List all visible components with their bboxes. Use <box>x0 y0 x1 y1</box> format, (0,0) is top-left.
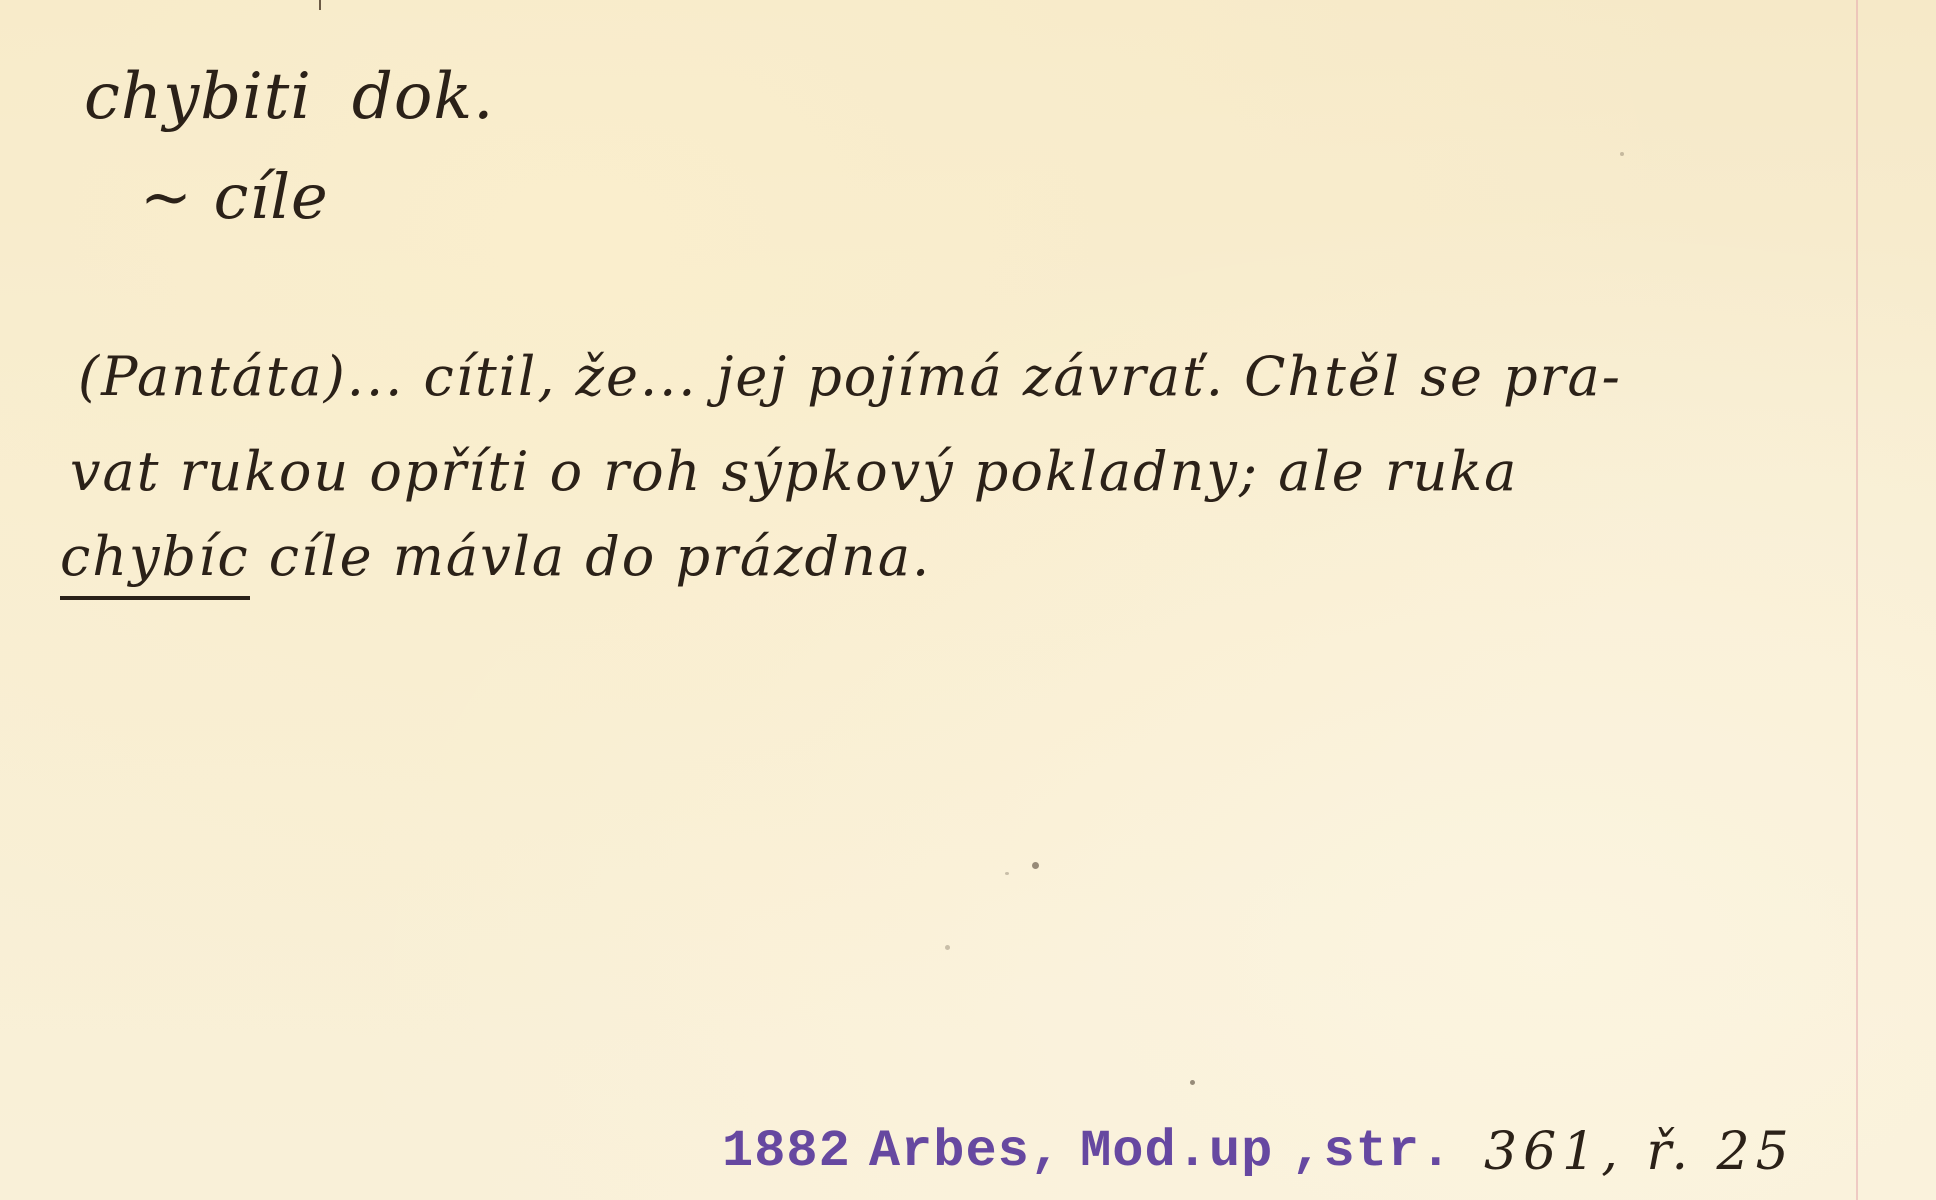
margin-rule-line <box>1856 0 1858 1200</box>
quote-line-3-rest: cíle mávla do prázdna. <box>269 525 931 588</box>
ink-speck <box>1032 862 1039 869</box>
line-number: 25 <box>1717 1122 1795 1182</box>
ink-speck <box>945 945 950 950</box>
quote-line-2: vat rukou opříti o roh sýpkový pokladny;… <box>70 440 1518 503</box>
headword-line: chybitidok. <box>84 60 494 134</box>
ink-speck <box>1005 872 1009 875</box>
top-edge-mark <box>319 0 321 10</box>
collocation-form: ~ cíle <box>140 160 329 233</box>
stamp-year: 1882 <box>722 1122 851 1181</box>
ink-speck <box>1190 1080 1195 1085</box>
grammar-note: dok. <box>352 60 495 134</box>
excerpt-card: chybitidok. ~ cíle (Pantáta)... cítil, ž… <box>0 0 1936 1200</box>
quote-line-1: (Pantáta)... cítil, že... jej pojímá záv… <box>78 345 1622 408</box>
underlined-keyword: chybíc <box>60 525 250 600</box>
stamp-author: Arbes, <box>869 1122 1062 1181</box>
handwritten-page-reference: 361, ř. 25 <box>1484 1122 1795 1182</box>
ink-speck <box>1620 152 1624 156</box>
page-number: 361 <box>1484 1122 1601 1182</box>
quote-line-3: chybíc cíle mávla do prázdna. <box>60 525 931 600</box>
headword: chybiti <box>84 60 312 134</box>
stamp-work: Mod.up <box>1080 1122 1273 1181</box>
line-label: ř. <box>1646 1122 1694 1182</box>
source-stamp: 1882Arbes,Mod.up,str. <box>722 1122 1452 1181</box>
stamp-page-label: ,str. <box>1291 1122 1452 1181</box>
